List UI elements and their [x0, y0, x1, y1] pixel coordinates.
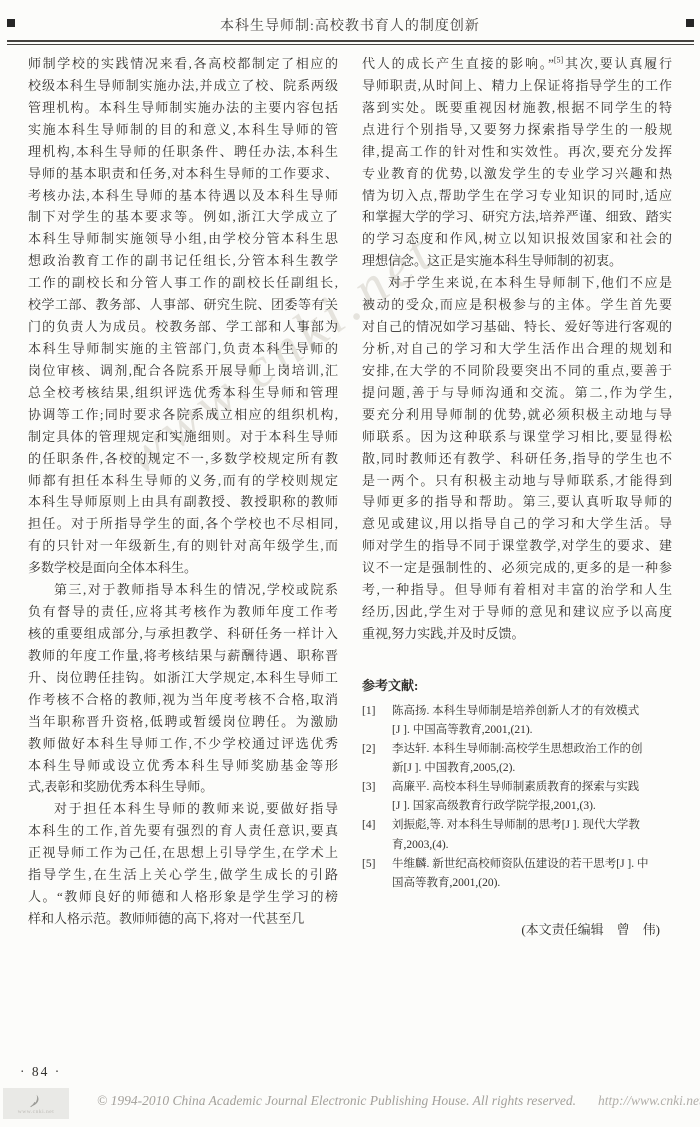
text-line: 本科生导师制实施的主管部门,负责本科生导师的: [28, 338, 338, 360]
text-line: 教师做好本科生导师工作,不少学校通过评选优秀: [28, 733, 338, 755]
text-line: 校级本科生导师制实施办法,并成立了校、院系两级: [28, 75, 338, 97]
reference-text: 牛维麟. 新世纪高校师资队伍建设的若干思考[J ]. 中国高等教育,2001,(…: [392, 855, 672, 893]
text-line: 本科生导师制实施领导小组,由学校分管本科生思: [28, 228, 338, 250]
text-line: 管理机构。本科生导师制实施办法的主要内容包括: [28, 97, 338, 119]
reference-item: [5]牛维麟. 新世纪高校师资队伍建设的若干思考[J ]. 中国高等教育,200…: [362, 855, 672, 893]
reference-number: [3]: [362, 778, 392, 797]
page-number: · 84 ·: [20, 1064, 61, 1080]
left-column: 师制学校的实践情况来看,各高校都制定了相应的校级本科生导师制实施办法,并成立了校…: [28, 53, 338, 940]
reference-line: [J ]. 国家高级教育行政学院学报,2001,(3).: [392, 797, 672, 816]
text-line: 作考核不合格的教师,视为当年度考核不合格,取消: [28, 689, 338, 711]
reference-line: [J ]. 中国高等教育,2001,(21).: [392, 721, 672, 740]
reference-text: 陈高扬. 本科生导师制是培养创新人才的有效模式[J ]. 中国高等教育,2001…: [392, 702, 672, 740]
reference-line: 牛维麟. 新世纪高校师资队伍建设的若干思考[J ]. 中: [392, 855, 672, 874]
text-line: 安排,在大学的不同阶段要突出不同的重点,要善于: [362, 360, 672, 382]
reference-item: [3]高廉平. 高校本科生导师制素质教育的探索与实践[J ]. 国家高级教育行政…: [362, 778, 672, 816]
reference-item: [1]陈高扬. 本科生导师制是培养创新人才的有效模式[J ]. 中国高等教育,2…: [362, 702, 672, 740]
text-line: 情为切入点,帮助学生在学习专业知识的同时,适应: [362, 185, 672, 207]
cnki-logo-label: www.cnki.net: [18, 1109, 55, 1115]
copyright-text: © 1994-2010 China Academic Journal Elect…: [97, 1093, 576, 1108]
text-line: 代人的成长产生直接的影响。”[5]其次,要认真履行: [362, 53, 672, 75]
text-line: 本科生导师或设立优秀本科生导师奖励基金等形: [28, 755, 338, 777]
text-line: 核的重要组成部分,与承担教学、科研任务一样计入: [28, 623, 338, 645]
reference-line: 刘振彪,等. 对本科生导师制的思考[J ]. 现代大学教: [392, 816, 672, 835]
text-line: 担任。对于所指导学生的面,各个学校也不尽相同,: [28, 513, 338, 535]
cnki-logo: www.cnki.net: [3, 1088, 69, 1119]
text-line: 工作的副校长和分管人事工作的副校长任副组长,: [28, 272, 338, 294]
reference-item: [2]李达轩. 本科生导师制:高校学生思想政治工作的创新[J ]. 中国教育,2…: [362, 740, 672, 778]
text-line: 样和人格示范。教师师德的高下,将对一代甚至几: [28, 908, 338, 930]
text-line: 多数学校是面向全体本科生。: [28, 557, 338, 579]
reference-line: 国高等教育,2001,(20).: [392, 874, 672, 893]
reference-line: 新[J ]. 中国教育,2005,(2).: [392, 759, 672, 778]
reference-text: 李达轩. 本科生导师制:高校学生思想政治工作的创新[J ]. 中国教育,2005…: [392, 740, 672, 778]
footer: www.cnki.net © 1994-2010 China Academic …: [0, 1085, 700, 1127]
reference-number: [5]: [362, 855, 392, 874]
text-line: 考,一种指导。但导师有着相对丰富的治学和人生: [362, 579, 672, 601]
text-line: 的任职条件,各校的规定不一,多数学校规定所有教: [28, 448, 338, 470]
text-line: 当年职称晋升资格,低聘或暂缓岗位聘任。为激励: [28, 711, 338, 733]
text-line: 导师职责,从时间上、精力上保证将指导学生的工作: [362, 75, 672, 97]
reference-list: [1]陈高扬. 本科生导师制是培养创新人才的有效模式[J ]. 中国高等教育,2…: [362, 702, 672, 893]
references-heading: 参考文献:: [362, 676, 672, 695]
text-line: 考核办法,本科生导师的基本待遇以及本科生导师: [28, 185, 338, 207]
reference-number: [1]: [362, 702, 392, 721]
page-header-title: 本科生导师制:高校教书育人的制度创新: [0, 15, 700, 35]
text-line: 岗位审核、调剂,配合各院系开展导师上岗培训,汇: [28, 360, 338, 382]
text-line: 总全校考核结果,组织评选优秀本科生导师和管理: [28, 382, 338, 404]
text-line: 对于学生来说,在本科生导师制下,他们不应是: [362, 272, 672, 294]
text-line: 师对学生的指导不同于课堂教学,对学生的要求、建: [362, 535, 672, 557]
reference-item: [4]刘振彪,等. 对本科生导师制的思考[J ]. 现代大学教育,2003,(4…: [362, 816, 672, 854]
text-line: 律,提高工作的针对性和实效性。再次,要充分发挥: [362, 141, 672, 163]
reference-line: 陈高扬. 本科生导师制是培养创新人才的有效模式: [392, 702, 672, 721]
cnki-swoosh-icon: [28, 1093, 44, 1109]
reference-line: 李达轩. 本科生导师制:高校学生思想政治工作的创: [392, 740, 672, 759]
text-line: 人。“教师良好的师德和人格形象是学生学习的榜: [28, 886, 338, 908]
text-line: 指导学生,在生活上关心学生,做学生成长的引路: [28, 864, 338, 886]
text-line: 分析,对自己的学习和大学生活作出合理的规划和: [362, 338, 672, 360]
text-line: 对自己的情况如学习基础、特长、爱好等进行客观的: [362, 316, 672, 338]
text-line: 导师更多的指导和帮助。第三,要认真听取导师的: [362, 491, 672, 513]
text-line: 想政治教育工作的副书记任组长,分管本科生教学: [28, 250, 338, 272]
editor-note: (本文责任编辑 曾 伟): [362, 920, 672, 940]
text-line: 专业教育的优势,以激发学生的专业学习兴趣和热: [362, 163, 672, 185]
text-line: 制下对学生的基本要求等。例如,浙江大学成立了: [28, 206, 338, 228]
text-line: 校学工部、教务部、人事部、研究生院、团委等有关部: [28, 294, 338, 316]
text-line: 师都有担任本科生导师的义务,而有的学校则规定: [28, 470, 338, 492]
text-line: 负有督导的责任,应将其考核作为教师年度工作考: [28, 601, 338, 623]
text-line: 意见或建议,用以指导自己的学习和大学生活。导: [362, 513, 672, 535]
text-line: 经历,因此,学生对于导师的意见和建议应予以高度: [362, 601, 672, 623]
text-line: 升、岗位聘任挂钩。如浙江大学规定,本科生导师工: [28, 667, 338, 689]
text-line: 师制学校的实践情况来看,各高校都制定了相应的: [28, 53, 338, 75]
text-line: 是一两个。只有积极主动地与导师联系,才能得到: [362, 470, 672, 492]
text-line: 门的负责人为成员。校教务部、学工部和人事部为: [28, 316, 338, 338]
reference-number: [2]: [362, 740, 392, 759]
text-line: 师联系。因为这种联系与课堂学习相比,要显得松: [362, 426, 672, 448]
text-line: 第三,对于教师指导本科生的情况,学校或院系: [28, 579, 338, 601]
text-line: 导师的基本职责和任务,对本科生导师的工作要求、: [28, 163, 338, 185]
right-column: 代人的成长产生直接的影响。”[5]其次,要认真履行导师职责,从时间上、精力上保证…: [362, 53, 672, 940]
text-line: 提问题,善于与导师沟通和交流。第二,作为学生,: [362, 382, 672, 404]
text-line: 本科生的工作,首先要有强烈的育人责任意识,要真: [28, 820, 338, 842]
text-line: 散,同时教师还有教学、科研任务,指导的学生也不: [362, 448, 672, 470]
text-line: 点进行个别指导,又要努力探索指导学生的一般规: [362, 119, 672, 141]
text-line: 重视,努力实践,并及时反馈。: [362, 623, 672, 645]
reference-text: 高廉平. 高校本科生导师制素质教育的探索与实践[J ]. 国家高级教育行政学院学…: [392, 778, 672, 816]
header-rule: [7, 40, 694, 45]
text-line: 协调等工作;同时要求各院系成立相应的组织机构,: [28, 404, 338, 426]
text-columns: 师制学校的实践情况来看,各高校都制定了相应的校级本科生导师制实施办法,并成立了校…: [28, 53, 672, 940]
text-line: 议不一定是强制性的、必须完成的,更多的是一种参: [362, 557, 672, 579]
text-line: 理想信念。这正是实施本科生导师制的初衷。: [362, 250, 672, 272]
reference-line: 育,2003,(4).: [392, 836, 672, 855]
reference-line: 高廉平. 高校本科生导师制素质教育的探索与实践: [392, 778, 672, 797]
text-line: 本科生导师原则上由具有副教授、教授职称的教师: [28, 491, 338, 513]
text-line: 和掌握大学的学习、研究方法,培养严谨、细致、踏实: [362, 206, 672, 228]
text-line: 要充分利用导师制的优势,就必须积极主动地与导: [362, 404, 672, 426]
text-line: 对于担任本科生导师的教师来说,要做好指导: [28, 798, 338, 820]
text-line: 落到实处。既要重视因材施教,根据不同学生的特: [362, 97, 672, 119]
text-line: 教师的年度工作量,将考核结果与薪酬待遇、职称晋: [28, 645, 338, 667]
copyright-line: © 1994-2010 China Academic Journal Elect…: [97, 1093, 700, 1109]
text-line: 有的只针对一年级新生,有的则针对高年级学生,而: [28, 535, 338, 557]
text-line: 式,表彰和奖励优秀本科生导师。: [28, 776, 338, 798]
reference-number: [4]: [362, 816, 392, 835]
journal-page: 本科生导师制:高校教书育人的制度创新 www.cnki.net 师制学校的实践情…: [0, 0, 700, 1127]
text-line: 的学习态度和作风,树立以知识报效国家和社会的: [362, 228, 672, 250]
text-line: 正视导师工作为己任,在思想上引导学生,在学术上: [28, 842, 338, 864]
text-line: 理机构,本科生导师的任职条件、聘任办法,本科生: [28, 141, 338, 163]
reference-text: 刘振彪,等. 对本科生导师制的思考[J ]. 现代大学教育,2003,(4).: [392, 816, 672, 854]
text-line: 制定具体的管理规定和实施细则。对于本科生导师: [28, 426, 338, 448]
text-line: 被动的受众,而应是积极参与的主体。学生首先要: [362, 294, 672, 316]
footer-url: http://www.cnki.net: [598, 1093, 700, 1108]
text-line: 实施本科生导师制的目的和意义,本科生导师的管: [28, 119, 338, 141]
